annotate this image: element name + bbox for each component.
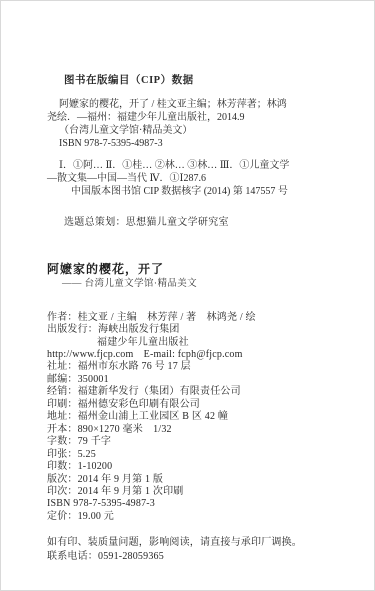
- cip-record: 阿嬷家的樱花，开了 / 桂文亚主编；林芳萍著；林鸿 尧绘．—福州：福建少年儿童出…: [47, 98, 339, 150]
- cip-block: 图书在版编目（CIP）数据 阿嬷家的樱花，开了 / 桂文亚主编；林芳萍著；林鸿 …: [47, 75, 340, 198]
- colophon-word-count: 字数：79 千字: [47, 436, 340, 448]
- cip-record-line: 阿嬷家的樱花，开了 / 桂文亚主编；林芳萍著；林鸿: [47, 98, 339, 111]
- book-title: 阿嬷家的樱花，开了: [47, 263, 340, 275]
- colophon-postcode: 邮编：350001: [47, 374, 340, 386]
- cip-classification-line: —散文集—中国—当代 Ⅳ．①Ⅰ287.6: [47, 172, 339, 185]
- cip-record-number: 中国版本图书馆 CIP 数据核字 (2014) 第 147557 号: [71, 185, 339, 198]
- colophon-address: 社址：福州市东水路 76 号 17 层: [47, 361, 340, 373]
- colophon-edition: 版次：2014 年 9 月第 1 版: [47, 474, 340, 486]
- series-planner: 选题总策划：思想猫儿童文学研究室: [64, 217, 340, 229]
- colophon-distributor: 经销：福建新华发行（集团）有限责任公司: [47, 386, 340, 398]
- cip-isbn-line: ISBN 978-7-5395-4987-3: [59, 137, 339, 150]
- colophon-authors: 作者：桂文亚 / 主编 林芳萍 / 著 林鸿尧 / 绘: [47, 312, 340, 324]
- copyright-page: 图书在版编目（CIP）数据 阿嬷家的樱花，开了 / 桂文亚主编；林芳萍著；林鸿 …: [0, 0, 375, 591]
- colophon-impression: 印次：2014 年 9 月第 1 次印刷: [47, 486, 340, 498]
- colophon-format: 开本：890×1270 毫米 1/32: [47, 424, 340, 436]
- colophon-printer: 印刷：福州德安彩色印刷有限公司: [47, 399, 340, 411]
- title-block: 阿嬷家的樱花，开了 —— 台湾儿童文学馆·精品美文: [47, 263, 340, 291]
- colophon-print-run: 印数：1-10200: [47, 461, 340, 473]
- quality-notice-line: 如有印、装质量问题，影响阅读，请直接与承印厂调换。: [47, 536, 340, 550]
- colophon-isbn: ISBN 978-7-5395-4987-3: [47, 498, 340, 510]
- book-subtitle: —— 台湾儿童文学馆·精品美文: [62, 278, 340, 290]
- colophon-website-email: http://www.fjcp.com E-mail: fcph@fjcp.co…: [47, 349, 340, 361]
- cip-series-line: （台湾儿童文学馆·精品美文）: [59, 124, 339, 137]
- quality-notice: 如有印、装质量问题，影响阅读，请直接与承印厂调换。 联系电话：0591-2805…: [47, 536, 340, 563]
- contact-phone: 联系电话：0591-28059365: [47, 550, 340, 564]
- colophon-printer-addr: 地址：福州金山浦上工业园区 B 区 42 幢: [47, 411, 340, 423]
- cip-classification: Ⅰ．①阿… Ⅱ．①桂… ②林… ③林… Ⅲ．①儿童文学 —散文集—中国—当代 Ⅳ…: [47, 159, 339, 198]
- colophon-publisher: 出版发行：海峡出版发行集团: [47, 324, 340, 336]
- cip-header: 图书在版编目（CIP）数据: [64, 75, 340, 87]
- cip-classification-line: Ⅰ．①阿… Ⅱ．①桂… ②林… ③林… Ⅲ．①儿童文学: [47, 159, 339, 172]
- colophon: 作者：桂文亚 / 主编 林芳萍 / 著 林鸿尧 / 绘 出版发行：海峡出版发行集…: [47, 312, 340, 524]
- colophon-publisher-2: 福建少年儿童出版社: [47, 337, 340, 349]
- colophon-price: 定价：19.00 元: [47, 511, 340, 523]
- colophon-sheets: 印张：5.25: [47, 449, 340, 461]
- cip-record-line: 尧绘．—福州：福建少年儿童出版社，2014.9: [47, 111, 339, 124]
